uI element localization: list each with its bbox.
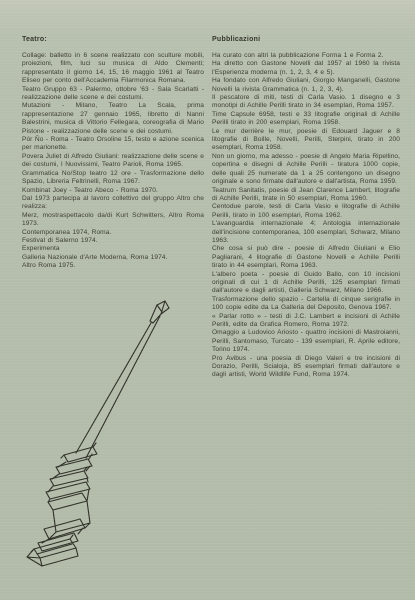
pubblicazioni-entry: Che cosa si può dire - poesie di Alfredo… xyxy=(212,245,400,270)
pubblicazioni-entry: Il pescatore di miti, testi di Carla Vas… xyxy=(212,94,400,111)
teatro-entry: Mutazioni - Milano, Teatro La Scala, pri… xyxy=(22,102,204,136)
teatro-entry: Pór Ño - Roma - Teatro Orsoline 15, test… xyxy=(22,136,204,153)
pubblicazioni-entry: L'avanguardia internazionale 4; Antologi… xyxy=(212,220,400,245)
pubblicazioni-entry: Ha curato con altri la pubblicazione For… xyxy=(212,52,400,60)
pubblicazioni-entry: Ha fondato con Alfredo Giuliani, Giorgio… xyxy=(212,77,400,94)
pubblicazioni-entry: Le mur derrière le mur, poesie di Edouar… xyxy=(212,128,400,153)
teatro-entry: Galleria Nazionale d'Arte Moderna, Roma … xyxy=(22,254,204,262)
teatro-entry: Teatro Gruppo 63 - Palermo, ottobre '63 … xyxy=(22,86,204,103)
pubblicazioni-entry: Time Capsule 6958, testi e 33 litografie… xyxy=(212,111,400,128)
pubblicazioni-entry: Pro Avibus - una poesia di Diego Valeri … xyxy=(212,355,400,380)
pubblicazioni-title: Pubblicazioni xyxy=(212,36,400,43)
pubblicazioni-entry: Teatrum Sanitatis, poesie di Jean Claren… xyxy=(212,187,400,204)
teatro-entry: Povera Juliet di Alfredo Giuliani: reali… xyxy=(22,153,204,170)
teatro-entry: Grammatica No/Stop teatro 12 ore - Trasf… xyxy=(22,170,204,187)
pubblicazioni-entry: Non un giorno, ma adesso - poesie di Ang… xyxy=(212,153,400,187)
teatro-entry: Experimenta xyxy=(22,245,204,253)
wireframe-sculpture-sketch xyxy=(0,295,200,585)
teatro-entry: Kombinat Joey - Teatro Abeco - Roma 1970… xyxy=(22,187,204,195)
pubblicazioni-entry: Ha diretto con Gastone Novelli dal 1957 … xyxy=(212,60,400,77)
teatro-entry: Collage: balletto in 6 scene realizzato … xyxy=(22,52,204,86)
teatro-entry: Festival di Salerno 1974. xyxy=(22,237,204,245)
teatro-entry: Dal 1973 partecipa al lavoro collettivo … xyxy=(22,195,204,212)
catalog-page: Teatro: Collage: balletto in 6 scene rea… xyxy=(0,0,415,600)
teatro-entry: Contemporanea 1974, Roma. xyxy=(22,229,204,237)
pubblicazioni-entry: Centodue parole, testi di Carla Vasio e … xyxy=(212,203,400,220)
teatro-entry: Merz, mostraspettacolo da/di Kurt Schwit… xyxy=(22,212,204,229)
teatro-section: Teatro: Collage: balletto in 6 scene rea… xyxy=(22,36,204,271)
pubblicazioni-entry: Omaggio a Ludovico Ariosto - quattro inc… xyxy=(212,329,400,354)
pubblicazioni-entry: L'albero poeta - poesie di Guido Ballo, … xyxy=(212,271,400,296)
teatro-entry: Altro Roma 1975. xyxy=(22,262,204,270)
pubblicazioni-section: Pubblicazioni Ha curato con altri la pub… xyxy=(212,36,400,380)
teatro-title: Teatro: xyxy=(22,36,204,43)
pubblicazioni-entry: « Parlar rotto » - testi di J.C. Lambert… xyxy=(212,313,400,330)
pubblicazioni-entry: Trasformazione dello spazio - Cartella d… xyxy=(212,296,400,313)
